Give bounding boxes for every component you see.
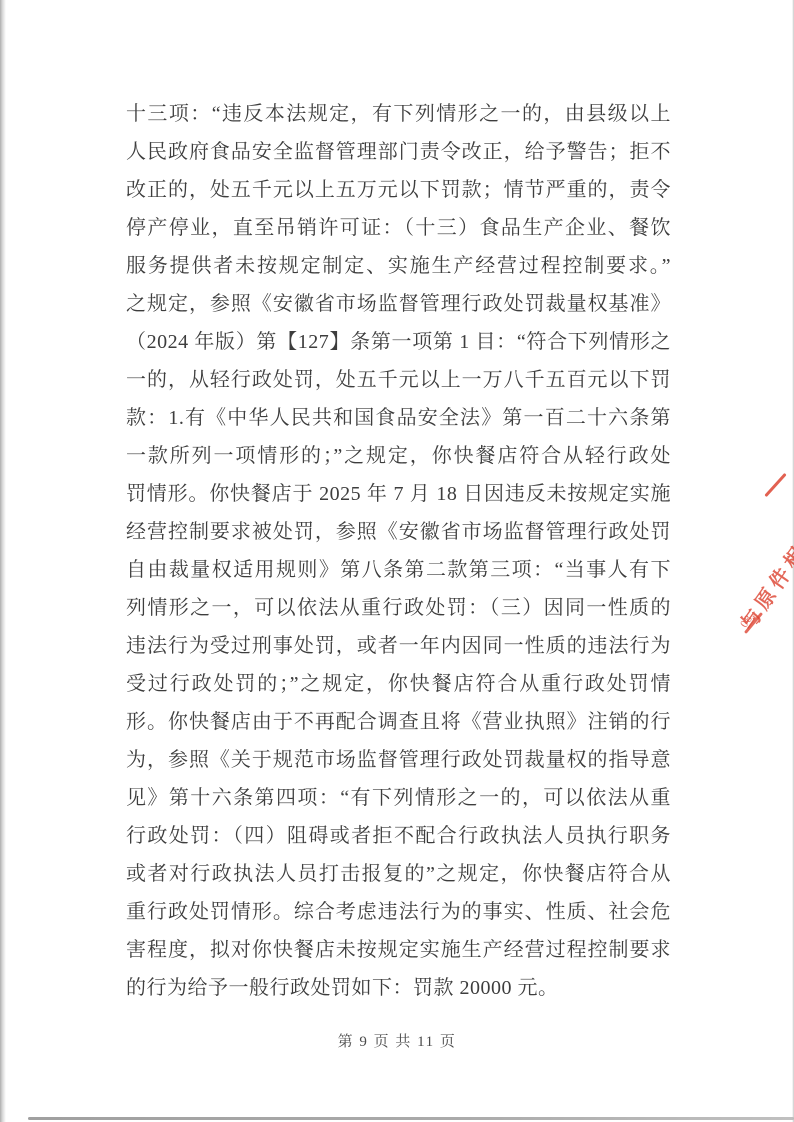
text-line: 经营控制要求被处罚，参照《安徽省市场监督管理行政处罚 [126, 513, 671, 551]
text-line: 改正的，处五千元以上五万元以下罚款；情节严重的，责令 [126, 171, 671, 209]
text-line: 停产停业，直至吊销许可证：（十三）食品生产企业、餐饮 [126, 209, 671, 247]
text-line: 之规定，参照《安徽省市场监督管理行政处罚裁量权基准》 [126, 285, 671, 323]
text-line: 人民政府食品安全监督管理部门责令改正，给予警告；拒不 [126, 133, 671, 171]
text-line: 罚情形。你快餐店于 2025 年 7 月 18 日因违反未按规定实施 [126, 475, 671, 513]
text-line: 一款所列一项情形的；”之规定，你快餐店符合从轻行政处 [126, 437, 671, 475]
red-stamp-stroke-icon [764, 473, 786, 497]
text-line: 或者对行政执法人员打击报复的”之规定，你快餐店符合从 [126, 855, 671, 893]
text-line: 为，参照《关于规范市场监督管理行政处罚裁量权的指导意 [126, 741, 671, 779]
red-stamp: 与原件相同 08, [748, 458, 794, 643]
text-line: 自由裁量权适用规则》第八条第二款第三项：“当事人有下 [126, 551, 671, 589]
page-footer: 第 9 页 共 11 页 [0, 1030, 794, 1052]
text-line: 的行为给予一般行政处罚如下：罚款 20000 元。 [126, 969, 671, 1007]
scan-edge-bottom [28, 1117, 794, 1120]
text-line: （2024 年版）第【127】条第一项第 1 目：“符合下列情形之 [126, 323, 671, 361]
text-line: 重行政处罚情形。综合考虑违法行为的事实、性质、社会危 [126, 893, 671, 931]
text-line: 款：1.有《中华人民共和国食品安全法》第一百二十六条第 [126, 399, 671, 437]
text-line: 形。你快餐店由于不再配合调查且将《营业执照》注销的行 [126, 703, 671, 741]
text-line: 见》第十六条第四项：“有下列情形之一的，可以依法从重 [126, 779, 671, 817]
red-stamp-stroke-icon [744, 612, 763, 634]
text-line: 受过行政处罚的；”之规定，你快餐店符合从重行政处罚情 [126, 665, 671, 703]
body-text: 十三项：“违反本法规定，有下列情形之一的，由县级以上 人民政府食品安全监督管理部… [126, 95, 671, 1007]
document-page: 十三项：“违反本法规定，有下列情形之一的，由县级以上 人民政府食品安全监督管理部… [0, 0, 794, 1122]
text-line: 害程度，拟对你快餐店未按规定实施生产经营过程控制要求 [126, 931, 671, 969]
text-line: 十三项：“违反本法规定，有下列情形之一的，由县级以上 [126, 95, 671, 133]
page-number: 第 9 页 共 11 页 [338, 1034, 457, 1050]
scan-edge-left [0, 0, 6, 1122]
text-line: 服务提供者未按规定制定、实施生产经营过程控制要求。” [126, 247, 671, 285]
text-line: 一的，从轻行政处罚，处五千元以上一万八千五百元以下罚 [126, 361, 671, 399]
red-stamp-small-text: 08, [738, 609, 757, 630]
text-line: 违法行为受过刑事处罚，或者一年内因同一性质的违法行为 [126, 627, 671, 665]
text-line: 列情形之一，可以依法从重行政处罚：（三）因同一性质的 [126, 589, 671, 627]
text-line: 行政处罚：（四）阻碍或者拒不配合行政执法人员执行职务 [126, 817, 671, 855]
red-stamp-text: 与原件相同 [732, 516, 794, 635]
